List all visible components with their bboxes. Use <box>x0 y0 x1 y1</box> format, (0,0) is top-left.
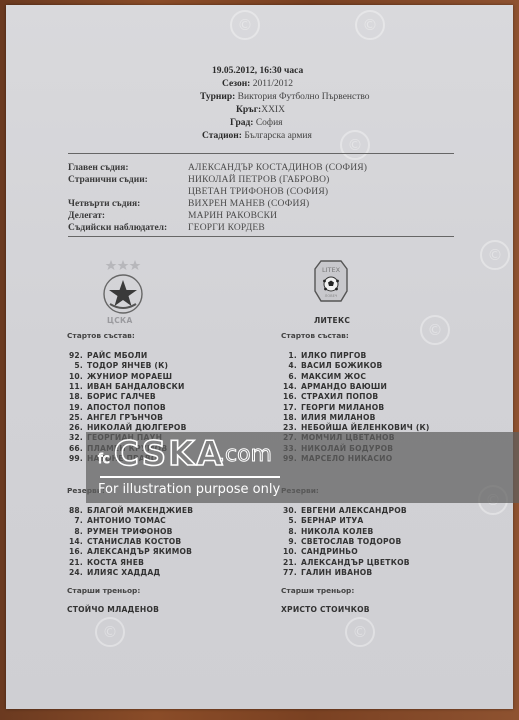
official-name: НИКОЛАЙ ПЕТРОВ (ГАБРОВО) <box>188 175 330 185</box>
home-starting-header: Стартов състав: <box>67 331 135 340</box>
svg-text:ЛОВЕЧ: ЛОВЕЧ <box>325 294 338 298</box>
player-number: 16. <box>281 392 297 401</box>
player-number: 30. <box>281 506 297 515</box>
official-role: Четвърти съдия: <box>68 199 140 209</box>
watermark-tld: .com <box>218 442 272 467</box>
player-name: ИЛИЯС ХАДДАД <box>87 568 160 577</box>
season-label: Сезон: <box>222 79 250 89</box>
watermark-note: For illustration purpose only <box>98 482 280 497</box>
player-number: 92. <box>67 351 83 360</box>
player-row: 9.СВЕТОСЛАВ ТОДОРОВ <box>281 537 401 547</box>
player-number: 18. <box>281 413 297 422</box>
away-coach-header: Старши треньор: <box>281 586 354 595</box>
home-team-name: ЦСКА <box>107 316 133 325</box>
player-number: 17. <box>281 403 297 412</box>
player-number: 11. <box>67 382 83 391</box>
player-name: БОРИС ГАЛЧЕВ <box>87 392 156 401</box>
player-row: 14.АРМАНДО ВАЮШИ <box>281 382 387 392</box>
watermark-brand: CSKA <box>114 434 225 474</box>
copyright-watermark-icon: © <box>230 10 260 40</box>
official-name: ЦВЕТАН ТРИФОНОВ (СОФИЯ) <box>188 187 328 197</box>
home-coach-header: Старши треньор: <box>67 586 140 595</box>
copyright-watermark-icon: © <box>480 240 510 270</box>
player-row: 5.БЕРНАР ИТУА <box>281 516 363 526</box>
official-name: МАРИН РАКОВСКИ <box>188 211 277 221</box>
player-name: АПОСТОЛ ПОПОВ <box>87 403 166 412</box>
player-name: НИКОЛА КОЛЕВ <box>301 527 374 536</box>
player-number: 21. <box>281 558 297 567</box>
tournament-value: Виктория Футболно Първенство <box>238 92 370 102</box>
player-row: 21.КОСТА ЯНЕВ <box>67 558 144 568</box>
player-row: 88.БЛАГОЙ МАКЕНДЖИЕВ <box>67 506 193 516</box>
round-label: Кръг: <box>236 105 261 115</box>
player-name: АЛЕКСАНДЪР ЦВЕТКОВ <box>301 558 410 567</box>
player-number: 14. <box>281 382 297 391</box>
player-row: 18.БОРИС ГАЛЧЕВ <box>67 392 156 402</box>
player-name: БЕРНАР ИТУА <box>301 516 363 525</box>
player-name: АНГЕЛ ГРЪНЧОВ <box>87 413 163 422</box>
player-row: 10.ЖУНИОР МОРАЕШ <box>67 372 172 382</box>
official-role: Съдийски наблюдател: <box>68 223 167 233</box>
player-row: 8.НИКОЛА КОЛЕВ <box>281 527 374 537</box>
player-row: 10.САНДРИНЬО <box>281 547 358 557</box>
player-name: ЖУНИОР МОРАЕШ <box>87 372 172 381</box>
player-number: 26. <box>67 423 83 432</box>
player-row: 6.МАКСИМ ЖОС <box>281 372 366 382</box>
player-row: 19.АПОСТОЛ ПОПОВ <box>67 403 166 413</box>
player-number: 23. <box>281 423 297 432</box>
city-value: София <box>256 118 283 128</box>
copyright-watermark-icon: © <box>340 130 370 160</box>
player-number: 99. <box>67 454 83 463</box>
tournament-label: Турнир: <box>200 92 235 102</box>
datetime-text: 19.05.2012, 16:30 часа <box>212 66 303 76</box>
player-name: ЕВГЕНИ АЛЕКСАНДРОВ <box>301 506 407 515</box>
player-name: ИЛКО ПИРГОВ <box>301 351 367 360</box>
player-name: ВАСИЛ БОЖИКОВ <box>301 361 383 370</box>
player-number: 1. <box>281 351 297 360</box>
player-row: 24.ИЛИЯС ХАДДАД <box>67 568 160 578</box>
official-name: ГЕОРГИ КОРДЕВ <box>188 223 265 233</box>
home-coach-name: СТОЙЧО МЛАДЕНОВ <box>67 605 159 614</box>
player-name: СТАНИСЛАВ КОСТОВ <box>87 537 181 546</box>
player-row: 18.ИЛИЯ МИЛАНОВ <box>281 413 376 423</box>
copyright-watermark-icon: © <box>355 10 385 40</box>
player-row: 1.ИЛКО ПИРГОВ <box>281 351 367 361</box>
match-stadium: Стадион: Българска армия <box>202 131 312 141</box>
season-value: 2011/2012 <box>253 79 293 89</box>
player-name: РУМЕН ТРИФОНОВ <box>87 527 173 536</box>
player-number: 5. <box>67 361 83 370</box>
match-datetime: 19.05.2012, 16:30 часа <box>212 66 303 76</box>
away-coach-name: ХРИСТО СТОИЧКОВ <box>281 605 370 614</box>
stadium-label: Стадион: <box>202 131 242 141</box>
round-value: XXIX <box>261 105 285 115</box>
player-number: 66. <box>67 444 83 453</box>
watermark-banner: fc CSKA .com For illustration purpose on… <box>86 432 519 503</box>
player-row: 4.ВАСИЛ БОЖИКОВ <box>281 361 383 371</box>
watermark-underline <box>100 476 280 478</box>
player-number: 7. <box>67 516 83 525</box>
match-season: Сезон: 2011/2012 <box>222 79 293 89</box>
copyright-watermark-icon: © <box>345 617 375 647</box>
copyright-watermark-icon: © <box>420 315 450 345</box>
match-round: Кръг:XXIX <box>236 105 285 115</box>
player-name: НИКОЛАЙ ДЮЛГЕРОВ <box>87 423 187 432</box>
cska-star-crest-icon <box>93 256 153 320</box>
player-number: 10. <box>67 372 83 381</box>
player-row: 17.ГЕОРГИ МИЛАНОВ <box>281 403 384 413</box>
svg-text:LITEX: LITEX <box>322 266 341 274</box>
player-number: 19. <box>67 403 83 412</box>
player-row: 5.ТОДОР ЯНЧЕВ (К) <box>67 361 168 371</box>
player-number: 25. <box>67 413 83 422</box>
watermark-fc: fc <box>98 452 110 467</box>
player-row: 16.АЛЕКСАНДЪР ЯКИМОВ <box>67 547 192 557</box>
player-name: ТОДОР ЯНЧЕВ (К) <box>87 361 168 370</box>
player-row: 77.ГАЛИН ИВАНОВ <box>281 568 372 578</box>
player-name: БЛАГОЙ МАКЕНДЖИЕВ <box>87 506 193 515</box>
match-tournament: Турнир: Виктория Футболно Първенство <box>200 92 370 102</box>
player-row: 92.РАЙС МБОЛИ <box>67 351 147 361</box>
player-number: 14. <box>67 537 83 546</box>
player-number: 32. <box>67 433 83 442</box>
player-name: АРМАНДО ВАЮШИ <box>301 382 387 391</box>
divider-top <box>68 153 454 154</box>
player-name: ГАЛИН ИВАНОВ <box>301 568 372 577</box>
player-number: 8. <box>67 527 83 536</box>
player-name: АНТОНИО ТОМАС <box>87 516 166 525</box>
player-name: АЛЕКСАНДЪР ЯКИМОВ <box>87 547 192 556</box>
player-row: 7.АНТОНИО ТОМАС <box>67 516 166 526</box>
player-row: 8.РУМЕН ТРИФОНОВ <box>67 527 173 537</box>
player-name: САНДРИНЬО <box>301 547 358 556</box>
city-label: Град: <box>230 118 253 128</box>
player-number: 88. <box>67 506 83 515</box>
player-name: ГЕОРГИ МИЛАНОВ <box>301 403 384 412</box>
official-role: Странични съдии: <box>68 175 148 185</box>
player-row: 14.СТАНИСЛАВ КОСТОВ <box>67 537 181 547</box>
official-name: ВИХРЕН МАНЕВ (СОФИЯ) <box>188 199 309 209</box>
player-number: 24. <box>67 568 83 577</box>
away-team-name: ЛИТЕКС <box>314 316 350 325</box>
player-row: 25.АНГЕЛ ГРЪНЧОВ <box>67 413 163 423</box>
official-role: Главен съдия: <box>68 163 129 173</box>
copyright-watermark-icon: © <box>95 617 125 647</box>
player-number: 4. <box>281 361 297 370</box>
player-row: 30.ЕВГЕНИ АЛЕКСАНДРОВ <box>281 506 407 516</box>
player-row: 21.АЛЕКСАНДЪР ЦВЕТКОВ <box>281 558 410 568</box>
player-name: СВЕТОСЛАВ ТОДОРОВ <box>301 537 401 546</box>
player-number: 16. <box>67 547 83 556</box>
player-number: 77. <box>281 568 297 577</box>
player-number: 6. <box>281 372 297 381</box>
player-name: ИЛИЯ МИЛАНОВ <box>301 413 376 422</box>
player-number: 8. <box>281 527 297 536</box>
player-name: ИВАН БАНДАЛОВСКИ <box>87 382 185 391</box>
player-row: 16.СТРАХИЛ ПОПОВ <box>281 392 378 402</box>
official-role: Делегат: <box>68 211 105 221</box>
player-name: НЕБОЙША ЙЕЛЕНКОВИЧ (К) <box>301 423 430 432</box>
player-number: 9. <box>281 537 297 546</box>
player-name: СТРАХИЛ ПОПОВ <box>301 392 378 401</box>
official-name: АЛЕКСАНДЪР КОСТАДИНОВ (СОФИЯ) <box>188 163 367 173</box>
player-name: КОСТА ЯНЕВ <box>87 558 144 567</box>
match-city: Град: София <box>230 118 283 128</box>
player-row: 11.ИВАН БАНДАЛОВСКИ <box>67 382 185 392</box>
player-number: 18. <box>67 392 83 401</box>
player-number: 5. <box>281 516 297 525</box>
away-starting-header: Стартов състав: <box>281 331 349 340</box>
player-number: 10. <box>281 547 297 556</box>
stadium-value: Българска армия <box>244 131 312 141</box>
player-name: МАКСИМ ЖОС <box>301 372 366 381</box>
litex-shield-ball-icon: LITEX ЛОВЕЧ <box>313 259 349 309</box>
player-name: РАЙС МБОЛИ <box>87 351 147 360</box>
divider-bottom <box>68 236 454 237</box>
player-number: 21. <box>67 558 83 567</box>
